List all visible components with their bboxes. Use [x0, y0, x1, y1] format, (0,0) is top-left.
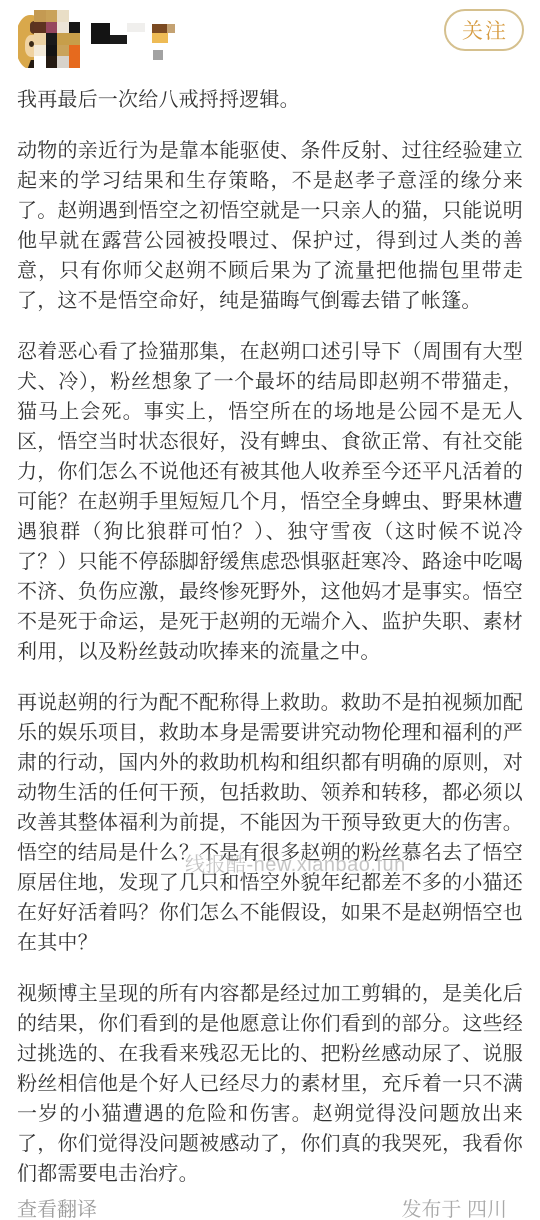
censor-block	[153, 50, 163, 60]
post-paragraph: 视频博主呈现的所有内容都是经过加工剪辑的，是美化后的结果，你们看到的是他愿意让你…	[17, 979, 523, 1189]
user-avatar[interactable]	[18, 10, 80, 68]
avatar-mosaic-cell	[57, 22, 69, 34]
post-footer: 查看翻译 发布于 四川	[0, 1193, 540, 1220]
avatar-mosaic-cell	[69, 45, 81, 57]
avatar-mosaic-censor	[34, 10, 80, 68]
censor-block	[110, 35, 127, 44]
censor-block	[167, 24, 175, 33]
avatar-mosaic-cell	[34, 33, 46, 45]
post-body: 我再最后一次给八戒捋捋逻辑。 动物的亲近行为是靠本能驱使、条件反射、过往经验建立…	[0, 85, 540, 1189]
avatar-mosaic-cell	[46, 56, 58, 68]
post-location: 发布于 四川	[401, 1193, 507, 1220]
avatar-mosaic-cell	[34, 10, 46, 22]
censor-block	[152, 33, 168, 43]
avatar-mosaic-cell	[46, 33, 58, 45]
post-paragraph: 忍着恶心看了捡猫那集，在赵朔口述引导下（周围有大型犬、冷），粉丝想象了一个最坏的…	[17, 337, 523, 667]
avatar-mosaic-cell	[57, 45, 69, 57]
avatar-mosaic-cell	[57, 56, 69, 68]
avatar-mosaic-cell	[57, 10, 69, 22]
avatar-mosaic-cell	[34, 56, 46, 68]
post-header: 关注	[0, 0, 540, 68]
avatar-mosaic-cell	[34, 22, 46, 34]
avatar-mosaic-cell	[69, 10, 81, 22]
avatar-mosaic-cell	[57, 33, 69, 45]
avatar-mosaic-cell	[46, 10, 58, 22]
view-translation-link[interactable]: 查看翻译	[17, 1193, 97, 1220]
follow-button[interactable]: 关注	[444, 9, 524, 51]
avatar-mosaic-cell	[69, 33, 81, 45]
avatar-mosaic-cell	[34, 45, 46, 57]
post-paragraph: 我再最后一次给八戒捋捋逻辑。	[17, 85, 523, 115]
avatar-mosaic-cell	[46, 22, 58, 34]
avatar-mosaic-cell	[69, 22, 81, 34]
censor-block	[127, 23, 145, 32]
avatar-mosaic-cell	[46, 45, 58, 57]
censor-block	[152, 24, 167, 33]
censor-block	[91, 23, 110, 44]
post-paragraph: 动物的亲近行为是靠本能驱使、条件反射、过往经验建立起来的学习结果和生存策略，不是…	[17, 136, 523, 316]
post-paragraph: 再说赵朔的行为配不配称得上救助。救助不是拍视频加配乐的娱乐项目，救助本身是需要讲…	[17, 688, 523, 958]
avatar-mosaic-cell	[69, 56, 81, 68]
